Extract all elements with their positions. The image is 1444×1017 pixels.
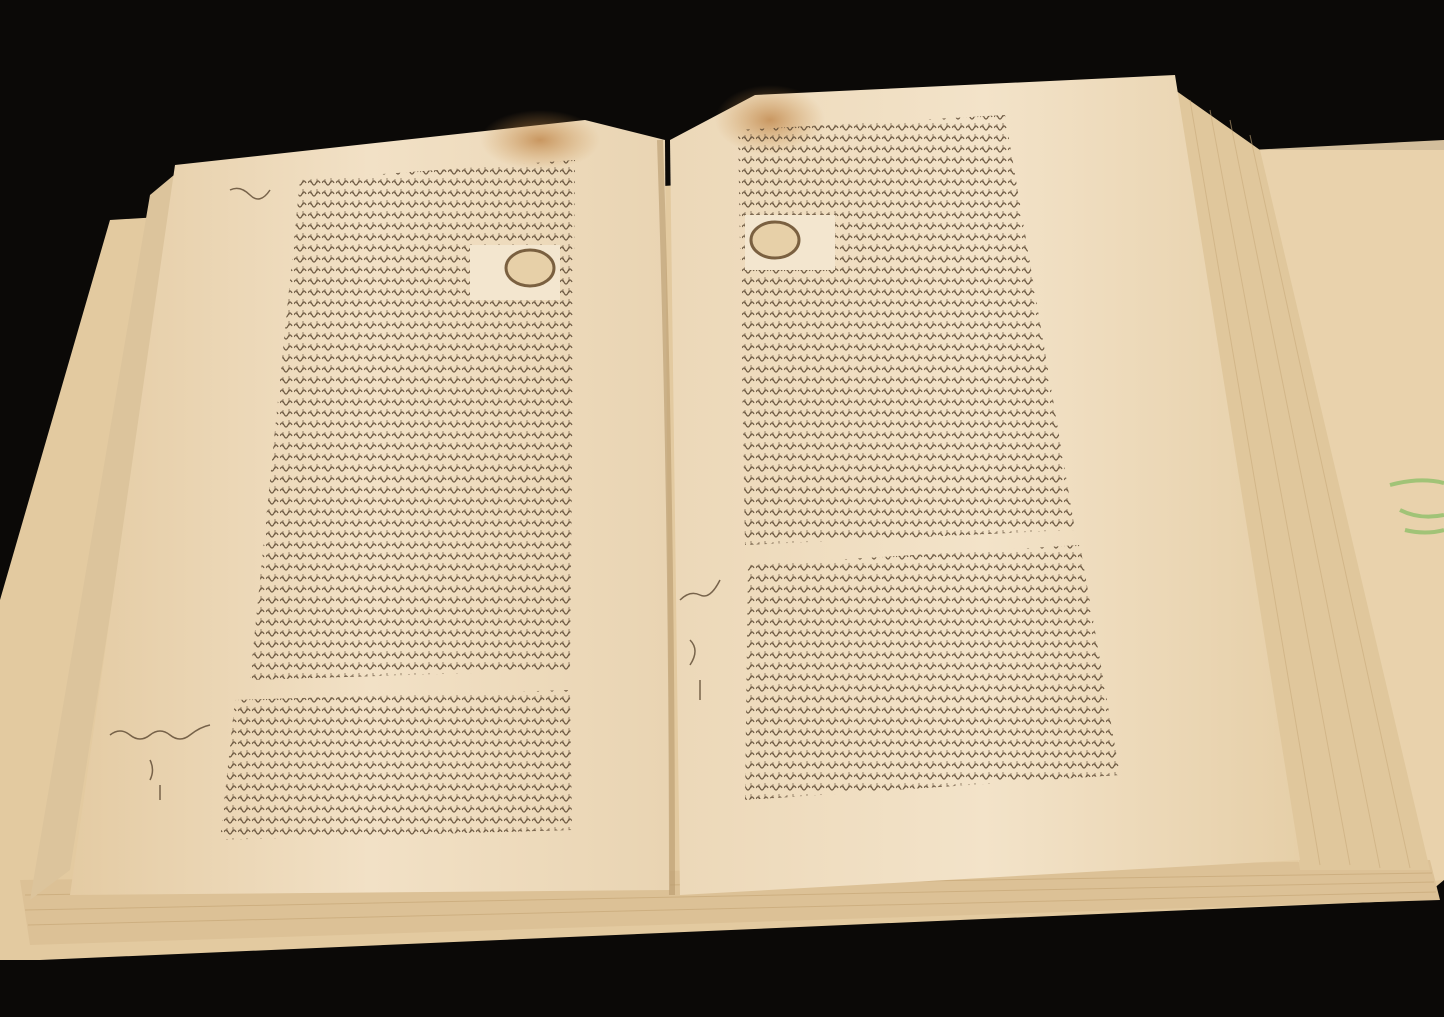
left-text-block-2 bbox=[220, 690, 572, 840]
manuscript-photo bbox=[0, 0, 1444, 1017]
right-page-hole bbox=[745, 215, 835, 270]
left-page-hole bbox=[470, 245, 560, 300]
book-illustration bbox=[0, 0, 1444, 1017]
left-text-block-1 bbox=[250, 160, 575, 680]
right-text-block-2 bbox=[745, 545, 1120, 800]
